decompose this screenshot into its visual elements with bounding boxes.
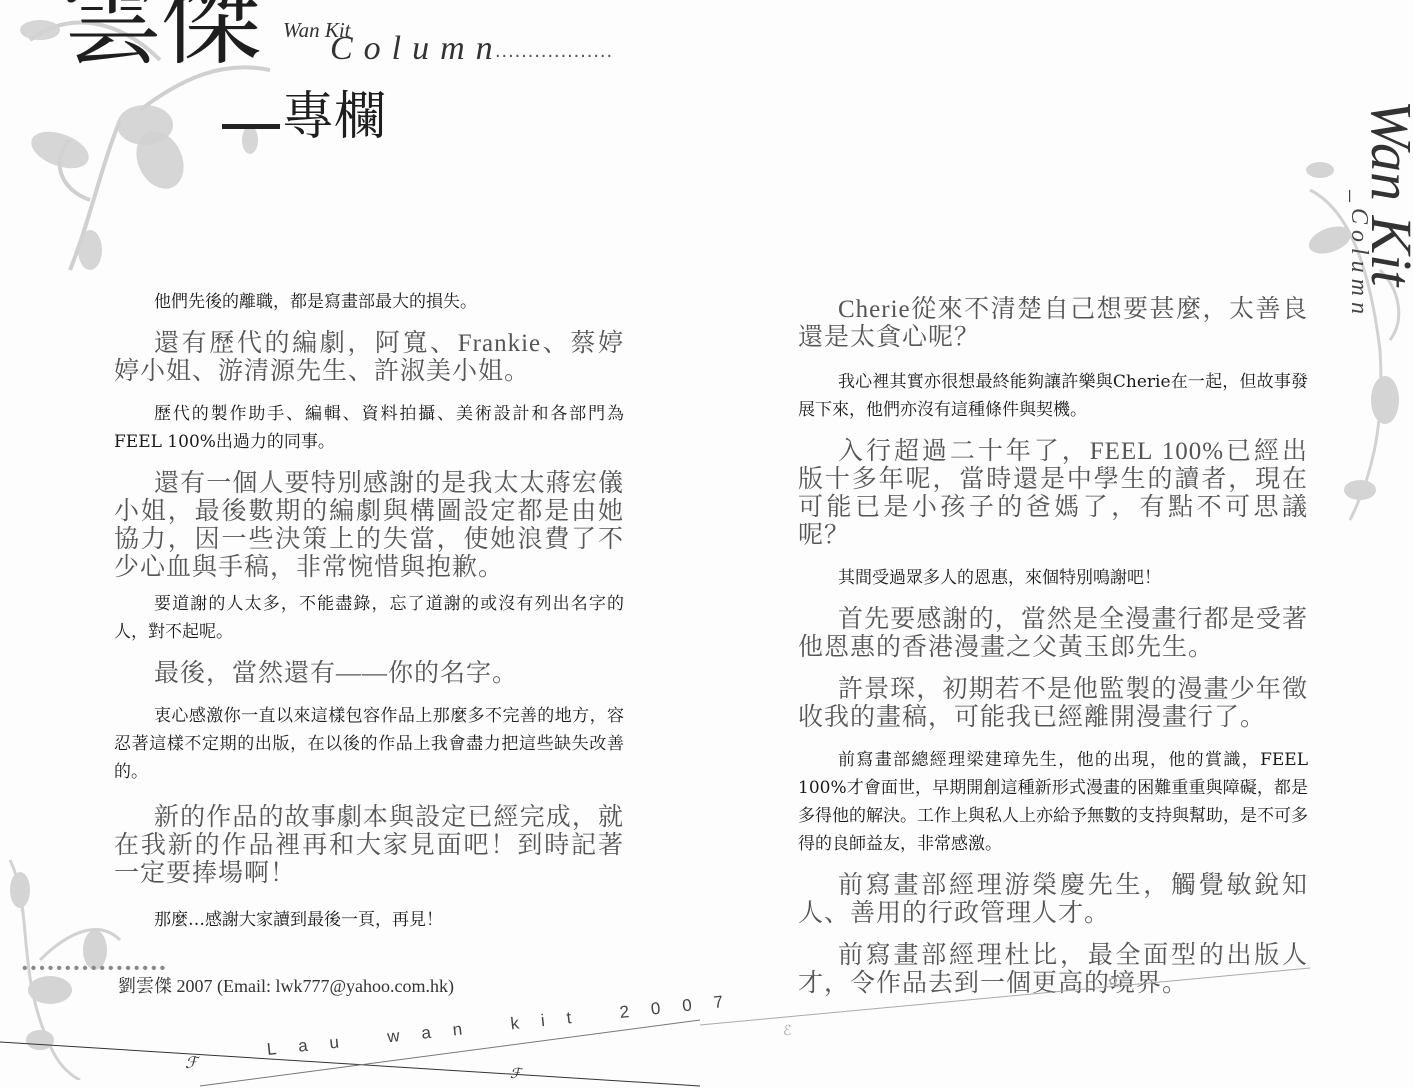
left-page-column: 他們先後的離職，都是寫畫部最大的損失。 還有歷代的編劇，阿寬、Frankie、蔡… [114, 288, 624, 934]
column-title-chinese: 雲傑 [62, 0, 258, 72]
paragraph: 衷心感激你一直以來這樣包容作品上那麼多不完善的地方，容忍著這樣不定期的出版，在以… [114, 702, 624, 786]
paragraph: 要道謝的人太多，不能盡錄，忘了道謝的或沒有列出名字的人，對不起呢。 [114, 590, 624, 646]
author-signature: 劉雲傑 2007 (Email: lwk777@yahoo.com.hk) [118, 972, 454, 998]
paragraph: 那麼…感謝大家讀到最後一頁，再見！ [114, 906, 624, 934]
paragraph: 新的作品的故事劇本與設定已經完成，就在我新的作品裡再和大家見面吧！到時記著一定要… [114, 804, 624, 888]
title-dotted-leader: .................. [495, 40, 613, 63]
svg-text:ℱ: ℱ [185, 1055, 201, 1072]
title-underscore-bar [222, 124, 280, 129]
svg-text:ℰ: ℰ [783, 1024, 791, 1039]
paragraph: 首先要感謝的，當然是全漫畫行都是受著他恩惠的香港漫畫之父黃玉郎先生。 [798, 606, 1308, 662]
paragraph: 前寫畫部總經理梁建璋先生，他的出現，他的賞識，FEEL 100%才會面世，早期開… [798, 746, 1308, 858]
paragraph: 還有歷代的編劇，阿寬、Frankie、蔡婷婷小姐、游清源先生、許淑美小姐。 [114, 330, 624, 386]
side-subtitle: _Column [1345, 190, 1372, 320]
svg-text:ℱ: ℱ [510, 1067, 524, 1082]
paragraph: 我心裡其實亦很想最終能夠讓許樂與Cherie在一起，但故事發展下來，他們亦沒有這… [798, 368, 1308, 424]
paragraph: 許景琛，初期若不是他監製的漫畫少年徵收我的畫稿，可能我已經離開漫畫行了。 [798, 676, 1308, 732]
paragraph: 還有一個人要特別感謝的是我太太蔣宏儀小姐，最後數期的編劇與構圖設定都是由她協力，… [114, 470, 624, 582]
paragraph: 入行超過二十年了，FEEL 100%已經出版十多年呢，當時還是中學生的讀者，現在… [798, 438, 1308, 550]
paragraph: 歷代的製作助手、編輯、資料拍攝、美術設計和各部門為FEEL 100%出過力的同事… [114, 400, 624, 456]
paragraph: Cherie從來不清楚自己想要甚麼，太善良還是太貪心呢？ [798, 296, 1308, 352]
paragraph: 前寫畫部經理杜比，最全面型的出版人才，令作品去到一個更高的境界。 [798, 942, 1308, 998]
column-title-latin-column: Column [330, 30, 504, 68]
paragraph: 他們先後的離職，都是寫畫部最大的損失。 [114, 288, 624, 316]
column-subtitle: 專欄 [282, 74, 386, 149]
paragraph: 其間受過眾多人的恩惠，來個特別鳴謝吧！ [798, 564, 1308, 592]
right-page-column: Cherie從來不清楚自己想要甚麼，太善良還是太貪心呢？ 我心裡其實亦很想最終能… [798, 296, 1308, 998]
baseline-label: Lau wan kit 2007 [266, 990, 746, 1060]
paragraph: 前寫畫部經理游榮慶先生，觸覺敏銳知人、善用的行政管理人才。 [798, 872, 1308, 928]
paragraph: 最後，當然還有——你的名字。 [114, 660, 624, 688]
